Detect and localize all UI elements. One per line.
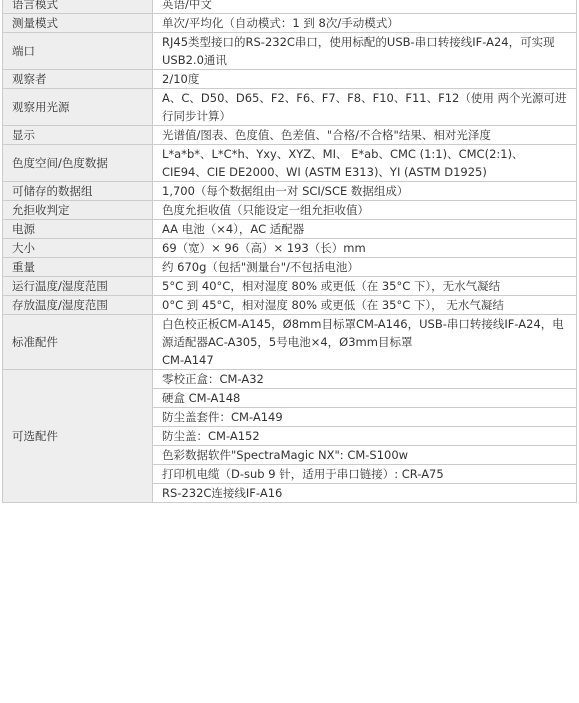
table-row: 大小 69（宽）× 96（高）× 193（长）mm <box>3 239 577 258</box>
spec-label: 运行温度/湿度范围 <box>3 277 153 296</box>
spec-value-line: CM-A147 <box>162 353 214 367</box>
spec-value-line: 白色校正板CM-A145，Ø8mm目标罩CM-A146，USB-串口转接线IF-… <box>162 317 564 349</box>
optional-item: 硬盒 CM-A148 <box>153 389 577 408</box>
spec-value: L*a*b*、L*C*h、Yxy、XYZ、MI、 E*ab、CMC (1:1)、… <box>153 145 577 182</box>
table-row: 色度空间/色度数据 L*a*b*、L*C*h、Yxy、XYZ、MI、 E*ab、… <box>3 145 577 182</box>
table-row: 端口 RJ45类型接口的RS-232C串口，使用标配的USB-串口转接线IF-A… <box>3 33 577 70</box>
optional-item: 打印机电缆（D-sub 9 针，适用于串口链接）: CR-A75 <box>153 465 577 484</box>
spec-value: 光谱值/图表、色度值、色差值、"合格/不合格"结果、相对光泽度 <box>153 126 577 145</box>
table-row: 显示 光谱值/图表、色度值、色差值、"合格/不合格"结果、相对光泽度 <box>3 126 577 145</box>
spec-label: 大小 <box>3 239 153 258</box>
spec-value: AA 电池（×4），AC 适配器 <box>153 220 577 239</box>
spec-value: A、C、D50、D65、F2、F6、F7、F8、F10、F11、F12（使用 两… <box>153 89 577 126</box>
table-row: 重量 约 670g（包括"测量台"/不包括电池） <box>3 258 577 277</box>
spec-label: 可选配件 <box>3 370 153 503</box>
spec-value: 单次/平均化（自动模式：1 到 8次/手动模式） <box>153 14 577 33</box>
table-row: 测量模式 单次/平均化（自动模式：1 到 8次/手动模式） <box>3 14 577 33</box>
table-row: 电源 AA 电池（×4），AC 适配器 <box>3 220 577 239</box>
spec-value: 0°C 到 45°C，相对湿度 80% 或更低（在 35°C 下）， 无水气凝结 <box>153 296 577 315</box>
table-row: 语言模式 英语/中文 <box>3 0 577 14</box>
optional-item: 零校正盒：CM-A32 <box>153 370 577 389</box>
table-row: 存放温度/湿度范围 0°C 到 45°C，相对湿度 80% 或更低（在 35°C… <box>3 296 577 315</box>
spec-value: 1,700（每个数据组由一对 SCI/SCE 数据组成） <box>153 182 577 201</box>
optional-item: 色彩数据软件"SpectraMagic NX": CM-S100w <box>153 446 577 465</box>
spec-label: 语言模式 <box>3 0 153 14</box>
spec-label: 端口 <box>3 33 153 70</box>
spec-value: 2/10度 <box>153 70 577 89</box>
spec-label: 存放温度/湿度范围 <box>3 296 153 315</box>
spec-value: 白色校正板CM-A145，Ø8mm目标罩CM-A146，USB-串口转接线IF-… <box>153 315 577 370</box>
optional-item: 防尘盖：CM-A152 <box>153 427 577 446</box>
spec-label: 可储存的数据组 <box>3 182 153 201</box>
table-row: 运行温度/湿度范围 5°C 到 40°C，相对湿度 80% 或更低（在 35°C… <box>3 277 577 296</box>
spec-label: 观察用光源 <box>3 89 153 126</box>
optional-item: 防尘盖套件：CM-A149 <box>153 408 577 427</box>
spec-label: 标准配件 <box>3 315 153 370</box>
spec-label: 色度空间/色度数据 <box>3 145 153 182</box>
table-row: 观察用光源 A、C、D50、D65、F2、F6、F7、F8、F10、F11、F1… <box>3 89 577 126</box>
spec-table: 语言模式 英语/中文 测量模式 单次/平均化（自动模式：1 到 8次/手动模式）… <box>2 0 577 503</box>
table-row: 允拒收判定 色度允拒收值（只能设定一组允拒收值） <box>3 201 577 220</box>
spec-label: 重量 <box>3 258 153 277</box>
spec-value: 69（宽）× 96（高）× 193（长）mm <box>153 239 577 258</box>
table-row-optional: 可选配件 零校正盒：CM-A32 <box>3 370 577 389</box>
spec-label: 允拒收判定 <box>3 201 153 220</box>
table-row: 标准配件 白色校正板CM-A145，Ø8mm目标罩CM-A146，USB-串口转… <box>3 315 577 370</box>
spec-label: 测量模式 <box>3 14 153 33</box>
spec-value: 5°C 到 40°C，相对湿度 80% 或更低（在 35°C 下），无水气凝结 <box>153 277 577 296</box>
spec-value: RJ45类型接口的RS-232C串口，使用标配的USB-串口转接线IF-A24，… <box>153 33 577 70</box>
spec-value: 英语/中文 <box>153 0 577 14</box>
table-row: 观察者 2/10度 <box>3 70 577 89</box>
optional-item: RS-232C连接线IF-A16 <box>153 484 577 503</box>
table-row: 可储存的数据组 1,700（每个数据组由一对 SCI/SCE 数据组成） <box>3 182 577 201</box>
spec-label: 显示 <box>3 126 153 145</box>
spec-label: 电源 <box>3 220 153 239</box>
spec-label: 观察者 <box>3 70 153 89</box>
spec-value: 色度允拒收值（只能设定一组允拒收值） <box>153 201 577 220</box>
spec-value: 约 670g（包括"测量台"/不包括电池） <box>153 258 577 277</box>
